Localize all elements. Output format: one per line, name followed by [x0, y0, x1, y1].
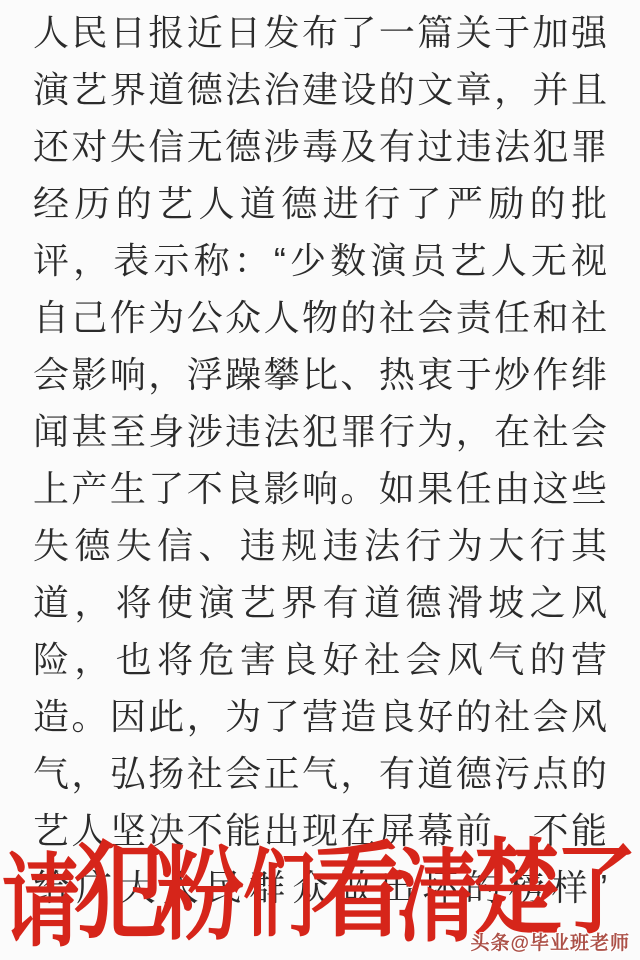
article-line: 会影响，浮躁攀比、热衷于炒作绯: [33, 346, 607, 403]
article-line: 评，表示称：“少数演员艺人无视: [33, 232, 607, 289]
article-line: 上产生了不良影响。如果任由这些: [33, 460, 607, 517]
article-line: 自己作为公众人物的社会责任和社: [33, 289, 607, 346]
screenshot-root: 人民日报近日发布了一篇关于加强 演艺界道德法治建设的文章，并且 还对失信无德涉毒…: [0, 0, 640, 960]
article-line: 人民日报近日发布了一篇关于加强: [33, 4, 607, 61]
article-line: 演艺界道德法治建设的文章，并且: [33, 61, 607, 118]
article-text: 人民日报近日发布了一篇关于加强 演艺界道德法治建设的文章，并且 还对失信无德涉毒…: [33, 4, 607, 916]
article-line: 艺人坚决不能出现在屏幕前，不能: [33, 802, 607, 859]
article-line: 给广大人民群众做出坏的榜样”: [33, 859, 607, 916]
article-line: 道，将使演艺界有道德滑坡之风: [33, 574, 607, 631]
article-line: 失德失信、违规违法行为大行其: [33, 517, 607, 574]
article-line: 还对失信无德涉毒及有过违法犯罪: [33, 118, 607, 175]
article-line: 气，弘扬社会正气，有道德污点的: [33, 745, 607, 802]
toutiao-watermark: 头条@毕业班老师: [470, 928, 630, 955]
article-line: 险，也将危害良好社会风气的营: [33, 631, 607, 688]
article-line: 闻甚至身涉违法犯罪行为，在社会: [33, 403, 607, 460]
article-line: 造。因此，为了营造良好的社会风: [33, 688, 607, 745]
article-line: 经历的艺人道德进行了严励的批: [33, 175, 607, 232]
